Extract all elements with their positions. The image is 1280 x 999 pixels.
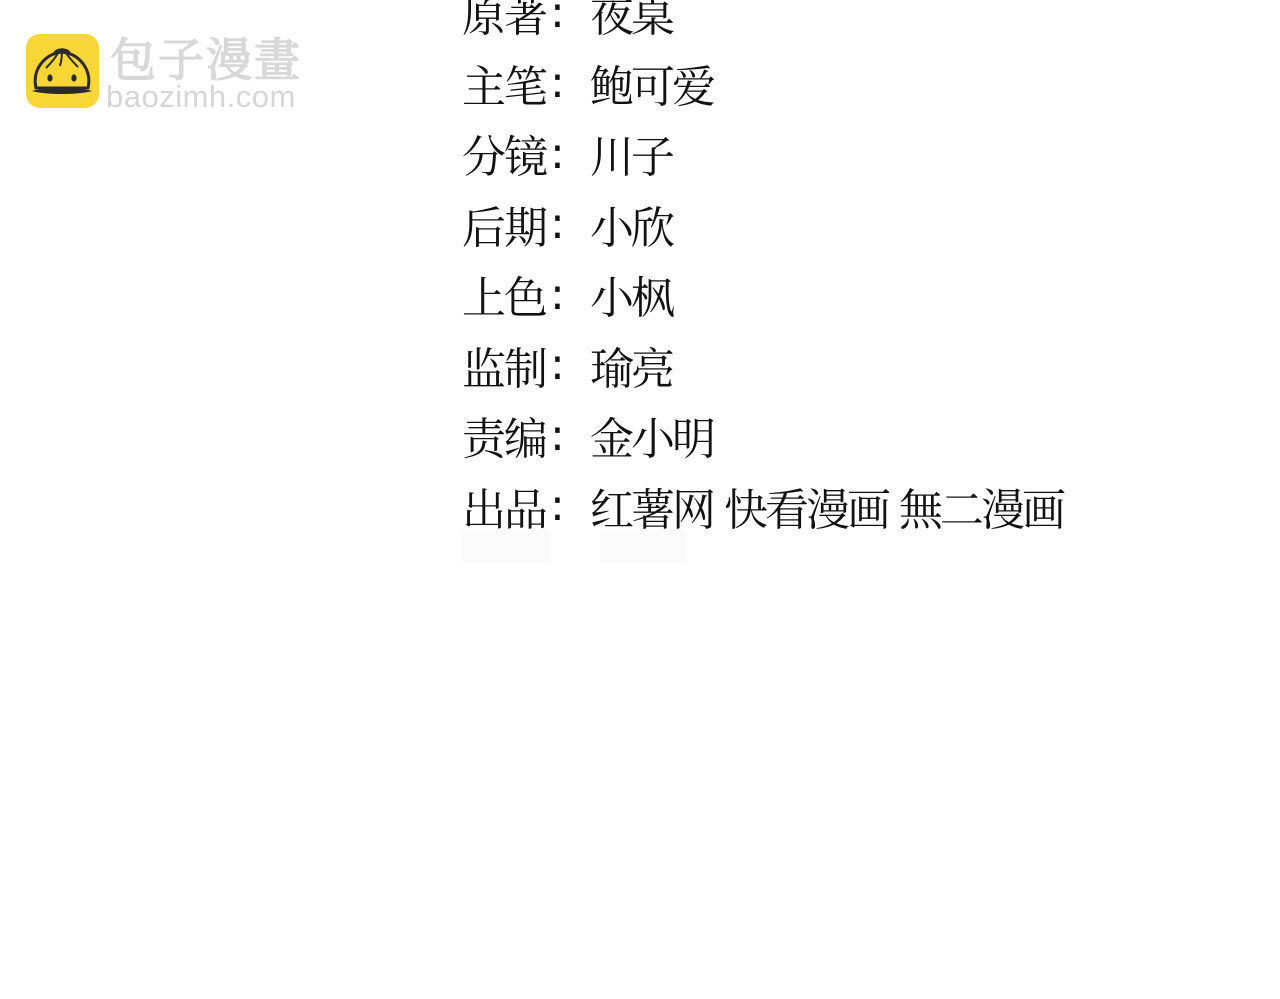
- credit-name: 鲍可爱: [590, 51, 713, 115]
- faded-text: [462, 530, 550, 562]
- site-domain: baozimh.com: [106, 82, 302, 112]
- credit-separator: :: [550, 0, 590, 38]
- credit-role: 责编: [462, 403, 550, 467]
- credit-name: 小枫: [590, 262, 672, 326]
- credit-separator: :: [550, 57, 590, 108]
- credit-row-supervisor: 监制 : 瑜亮: [462, 330, 1063, 401]
- credit-name: 金小明: [590, 403, 713, 467]
- credit-separator: :: [550, 198, 590, 249]
- steamed-bun-icon: [26, 34, 99, 108]
- credit-row-author: 原著 : 夜桌: [462, 0, 1063, 48]
- credit-separator: :: [550, 480, 590, 531]
- credit-name: 红薯网 快看漫画 無二漫画: [590, 474, 1063, 538]
- credit-row-post-production: 后期 : 小欣: [462, 189, 1063, 260]
- credit-name: 夜桌: [590, 0, 672, 44]
- credit-name: 瑜亮: [590, 333, 672, 397]
- credit-row-editor: 责编 : 金小明: [462, 400, 1063, 471]
- credit-role: 监制: [462, 333, 550, 397]
- site-watermark: 包子漫畫 baozimh.com: [26, 34, 302, 112]
- faded-text: [600, 530, 686, 562]
- credit-role: 原著: [462, 0, 550, 44]
- credit-role: 分镜: [462, 121, 550, 185]
- faded-credit-row: [462, 530, 686, 562]
- credit-separator: :: [550, 410, 590, 461]
- credit-role: 上色: [462, 262, 550, 326]
- credit-row-coloring: 上色 : 小枫: [462, 259, 1063, 330]
- credit-role: 后期: [462, 192, 550, 256]
- credit-separator: :: [550, 339, 590, 390]
- credit-name: 小欣: [590, 192, 672, 256]
- credit-separator: :: [550, 269, 590, 320]
- credits-list: 原著 : 夜桌 主笔 : 鲍可爱 分镜 : 川子 后期 : 小欣 上色 : 小枫…: [462, 0, 1063, 541]
- credit-separator: :: [550, 128, 590, 179]
- credit-role: 出品: [462, 474, 550, 538]
- credit-name: 川子: [590, 121, 672, 185]
- credit-row-storyboard: 分镜 : 川子: [462, 118, 1063, 189]
- credit-role: 主笔: [462, 51, 550, 115]
- credit-row-lead-artist: 主笔 : 鲍可爱: [462, 48, 1063, 119]
